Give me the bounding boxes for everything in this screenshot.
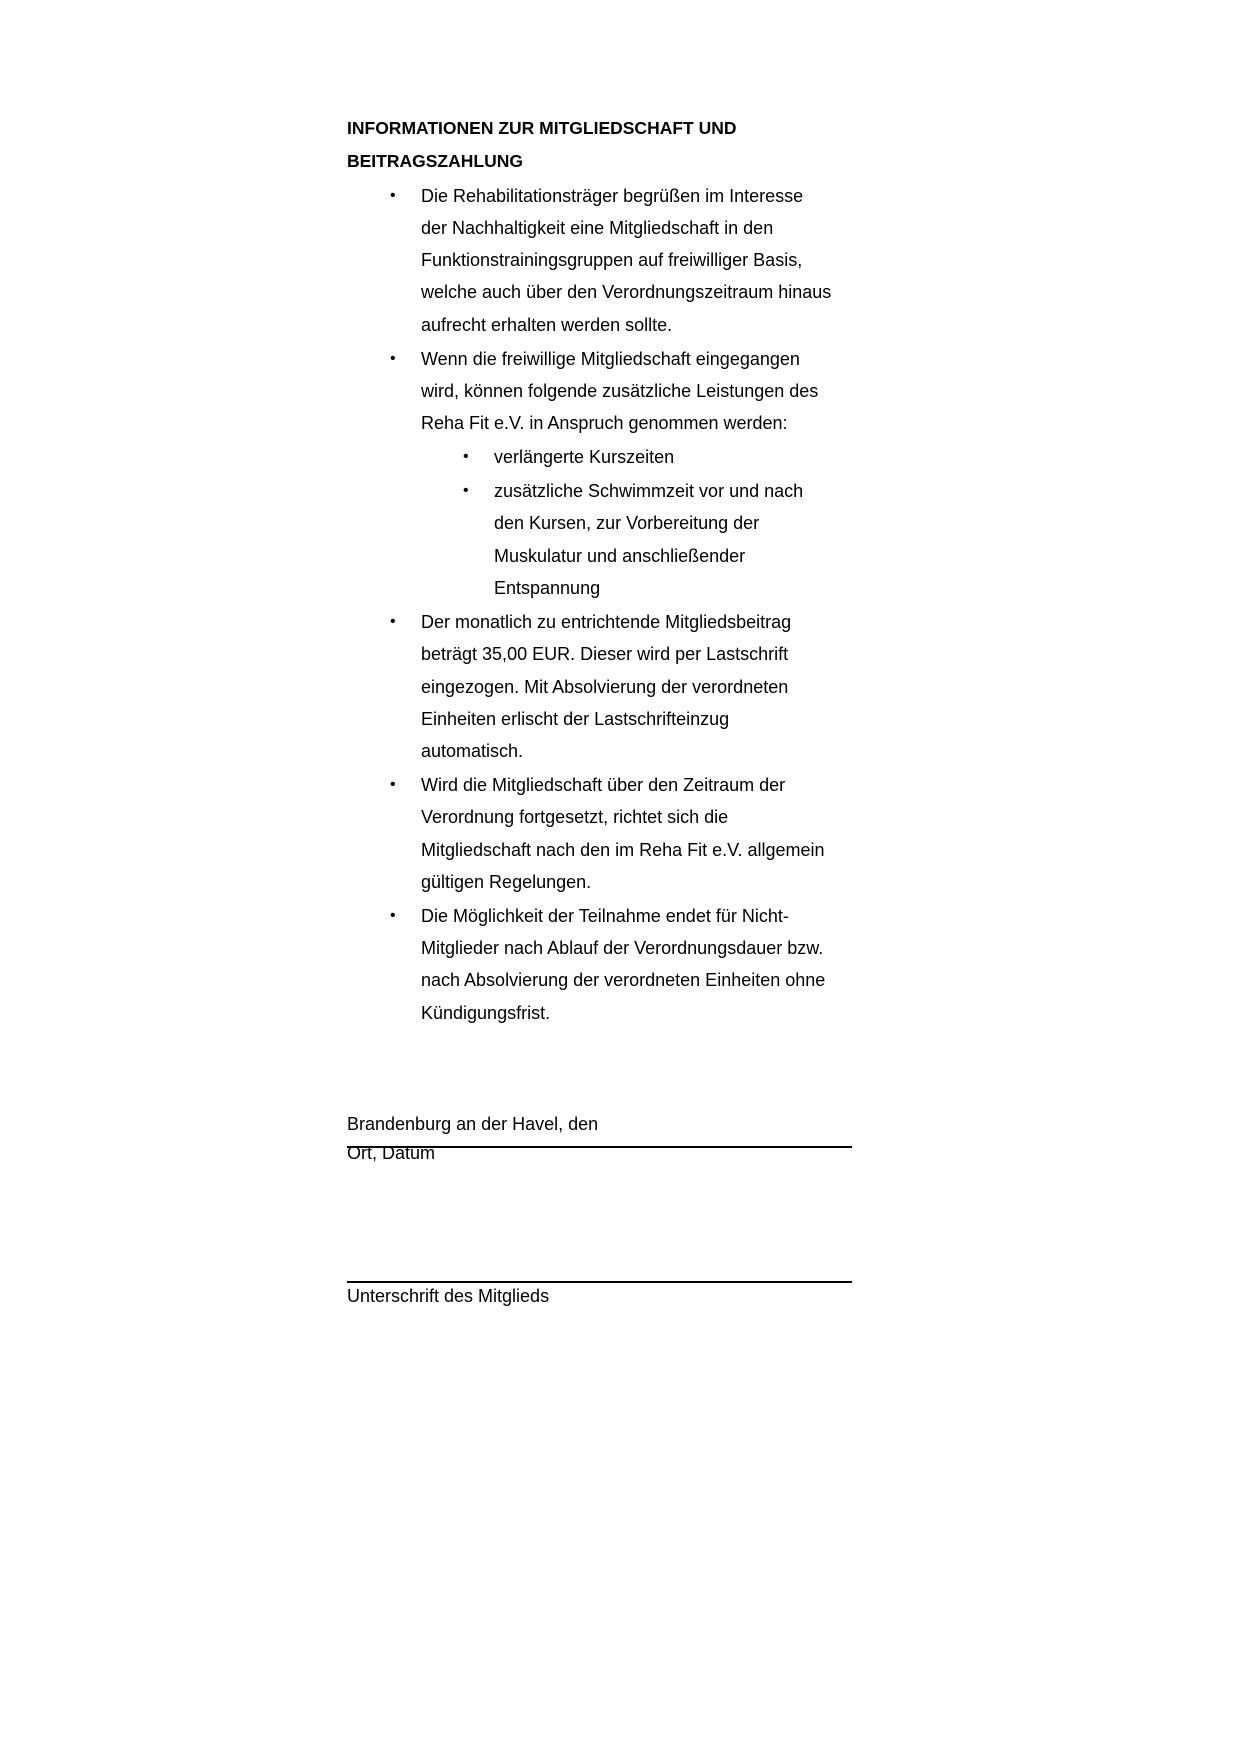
bullet-icon: • bbox=[463, 480, 469, 502]
place-prefill-text: Brandenburg an der Havel, den bbox=[347, 1113, 598, 1135]
list-item-text: Mitgliedschaft nach den im Reha Fit e.V.… bbox=[421, 839, 825, 861]
list-item-text: wird, können folgende zusätzliche Leistu… bbox=[421, 380, 818, 402]
list-item-text: gültigen Regelungen. bbox=[421, 871, 591, 893]
list-item-text: nach Absolvierung der verordneten Einhei… bbox=[421, 969, 825, 991]
list-item-text: Die Möglichkeit der Teilnahme endet für … bbox=[421, 905, 789, 927]
sub-list-item-text: Entspannung bbox=[494, 577, 600, 599]
list-item-text: automatisch. bbox=[421, 740, 523, 762]
list-item-text: der Nachhaltigkeit eine Mitgliedschaft i… bbox=[421, 217, 773, 239]
section-heading-line-1: INFORMATIONEN ZUR MITGLIEDSCHAFT UND bbox=[347, 117, 737, 139]
list-item-text: welche auch über den Verordnungszeitraum… bbox=[421, 281, 831, 303]
list-item-text: beträgt 35,00 EUR. Dieser wird per Lasts… bbox=[421, 643, 788, 665]
list-item-text: aufrecht erhalten werden sollte. bbox=[421, 314, 672, 336]
list-item-text: Kündigungsfrist. bbox=[421, 1002, 550, 1024]
bullet-icon: • bbox=[390, 185, 396, 207]
signature-field-line[interactable] bbox=[347, 1281, 852, 1283]
place-date-label: Ort, Datum bbox=[347, 1142, 435, 1164]
bullet-icon: • bbox=[390, 774, 396, 796]
list-item-text: Der monatlich zu entrichtende Mitgliedsb… bbox=[421, 611, 791, 633]
document-page: INFORMATIONEN ZUR MITGLIEDSCHAFT UND BEI… bbox=[0, 0, 1240, 1755]
section-heading-line-2: BEITRAGSZAHLUNG bbox=[347, 150, 523, 172]
signature-label: Unterschrift des Mitglieds bbox=[347, 1285, 549, 1307]
list-item-text: Wird die Mitgliedschaft über den Zeitrau… bbox=[421, 774, 785, 796]
list-item-text: eingezogen. Mit Absolvierung der verordn… bbox=[421, 676, 788, 698]
sub-list-item-text: zusätzliche Schwimmzeit vor und nach bbox=[494, 480, 803, 502]
bullet-icon: • bbox=[390, 905, 396, 927]
bullet-icon: • bbox=[390, 348, 396, 370]
list-item-text: Verordnung fortgesetzt, richtet sich die bbox=[421, 806, 728, 828]
sub-list-item-text: Muskulatur und anschließender bbox=[494, 545, 745, 567]
list-item-text: Funktionstrainingsgruppen auf freiwillig… bbox=[421, 249, 802, 271]
sub-list-item-text: den Kursen, zur Vorbereitung der bbox=[494, 512, 759, 534]
sub-list-item-text: verlängerte Kurszeiten bbox=[494, 446, 674, 468]
list-item-text: Die Rehabilitationsträger begrüßen im In… bbox=[421, 185, 803, 207]
bullet-icon: • bbox=[463, 446, 469, 468]
list-item-text: Mitglieder nach Ablauf der Verordnungsda… bbox=[421, 937, 823, 959]
list-item-text: Einheiten erlischt der Lastschrifteinzug bbox=[421, 708, 729, 730]
list-item-text: Wenn die freiwillige Mitgliedschaft eing… bbox=[421, 348, 800, 370]
list-item-text: Reha Fit e.V. in Anspruch genommen werde… bbox=[421, 412, 788, 434]
bullet-icon: • bbox=[390, 611, 396, 633]
